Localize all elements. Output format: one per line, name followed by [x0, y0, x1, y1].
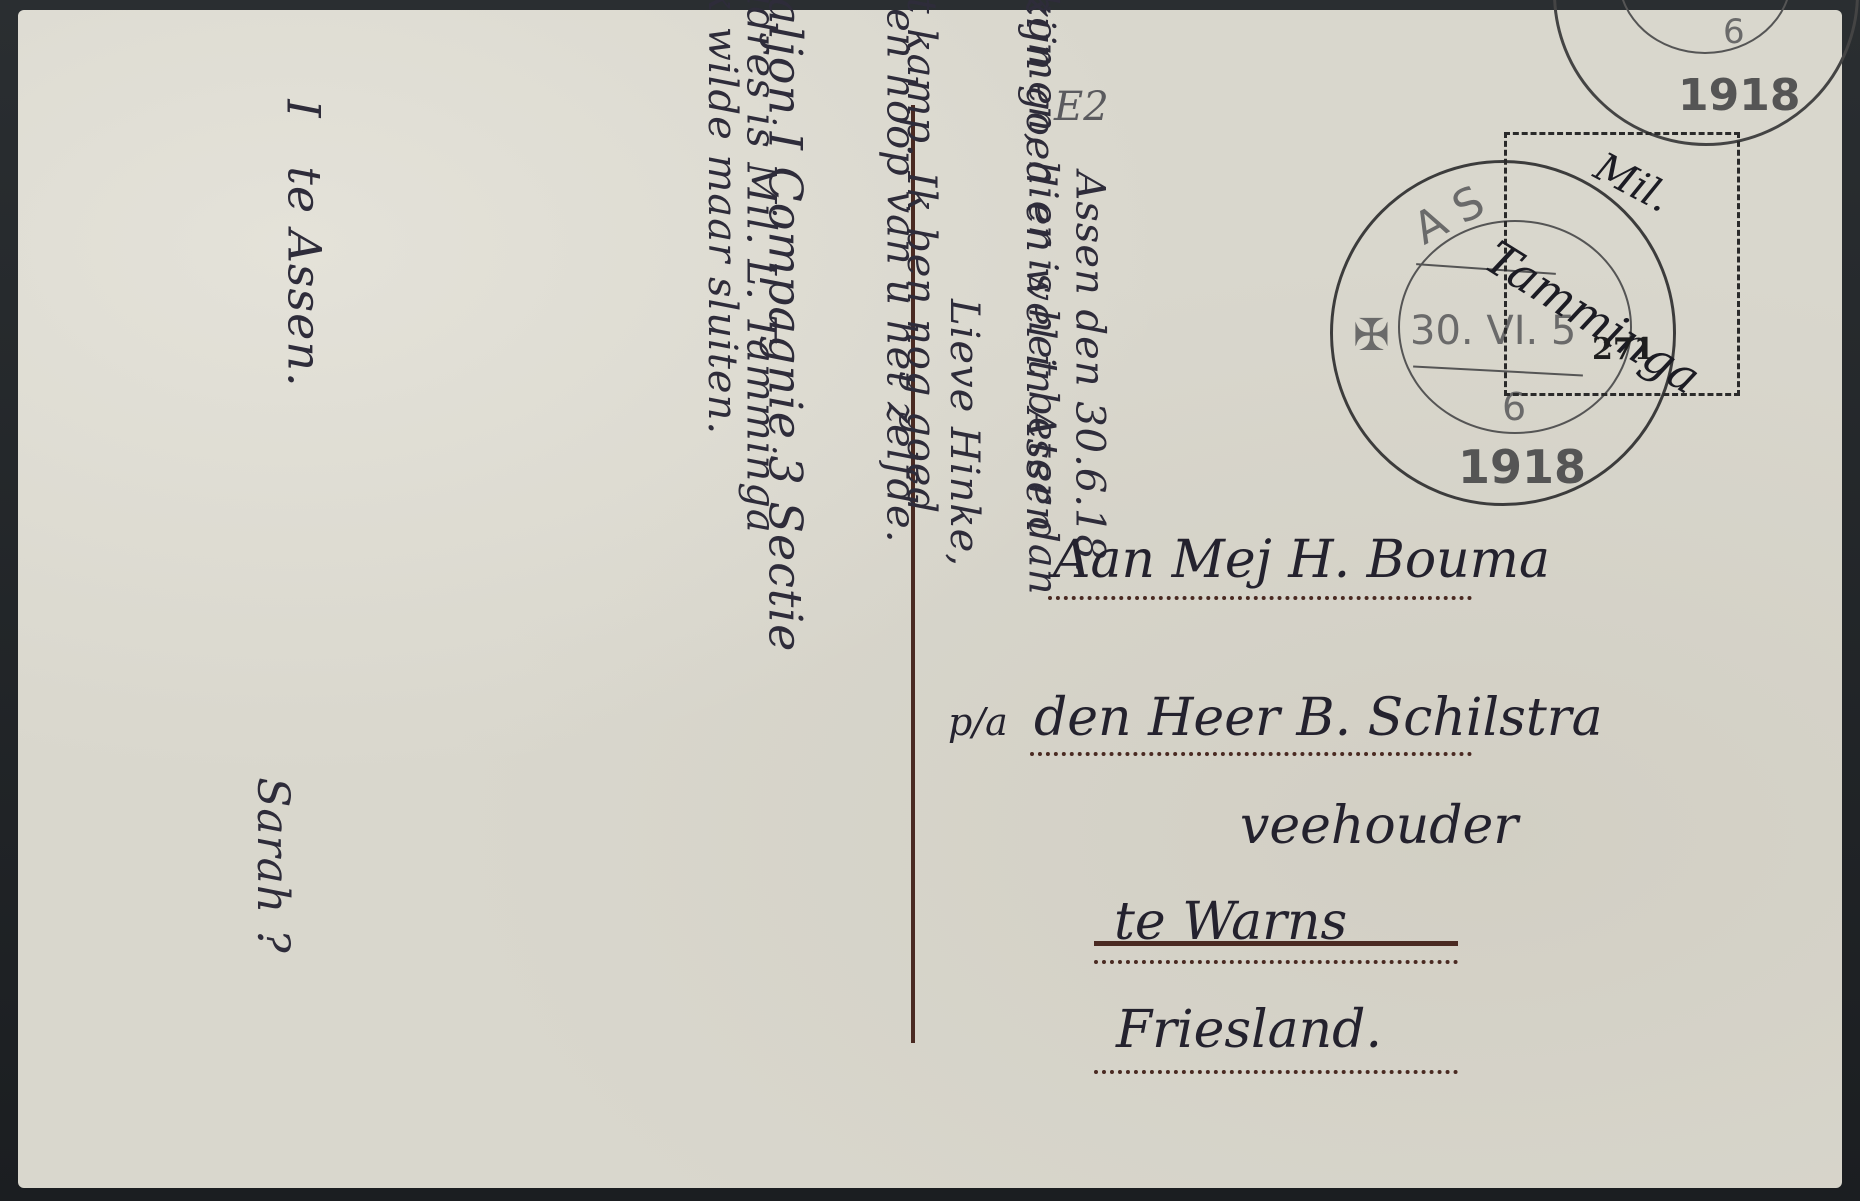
address-line-3: veehouder	[1240, 796, 1518, 856]
postcard: E2 Assen den 30.6.18. Lieve Hinke, Wij z…	[18, 10, 1842, 1188]
stamp-box-number: 271	[1592, 332, 1655, 367]
letter-place-date: Assen den 30.6.18.	[1067, 171, 1113, 574]
address-solid-line	[1094, 941, 1458, 946]
address-line-2: den Heer B. Schilstra	[1034, 688, 1603, 748]
letter-line: gezond en hoop van u het zelfde.	[877, 0, 923, 543]
letter-salutation: Lieve Hinke,	[941, 299, 987, 567]
address-line-1: Aan Mej H. Bouma	[1053, 530, 1550, 590]
address-dotted-line-5	[1094, 1070, 1458, 1074]
address-line-2-prefix: p/a	[948, 700, 1008, 744]
letter-line: te Assen.	[278, 166, 332, 387]
letter-line: I Depp. Bataljon I Compagnie 3 Sectie	[758, 0, 812, 652]
postmark-top-year: 1918	[1678, 70, 1800, 121]
address-dotted-line-4	[1094, 960, 1458, 964]
postmark-top-month: 6	[1723, 12, 1745, 52]
letter-line: aan gekomen, hier is het beter dan	[1019, 0, 1065, 595]
letter-closing: Sarah ?	[247, 777, 298, 954]
address-dotted-line-2	[1030, 752, 1472, 756]
postmark-year: 1918	[1458, 440, 1586, 494]
letter-marginal: I	[277, 99, 331, 118]
address-dotted-line-1	[1048, 596, 1472, 600]
postmark-symbol: ✠	[1353, 310, 1390, 361]
address-line-5: Friesland.	[1116, 1000, 1382, 1060]
